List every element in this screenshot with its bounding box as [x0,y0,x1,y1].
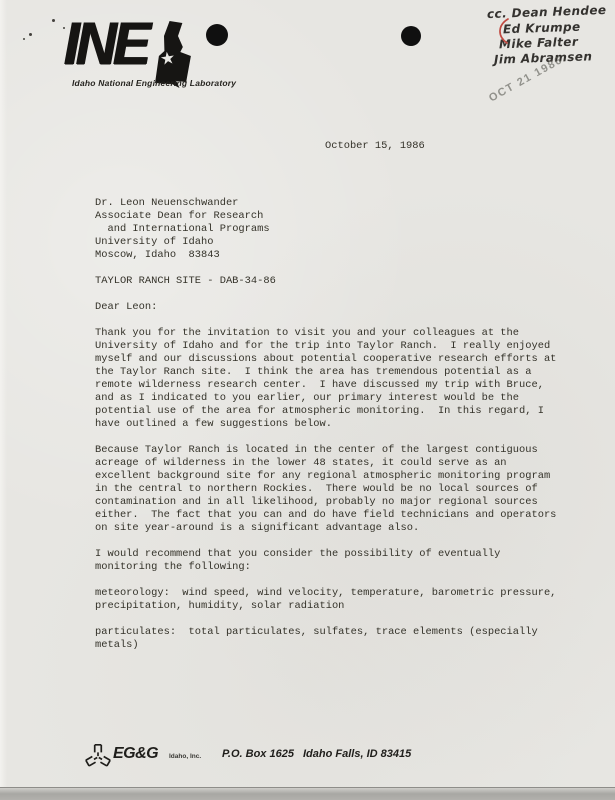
egg-company-icon [84,742,112,777]
footer-po-box: P.O. Box 1625 [222,748,294,760]
inel-logo-text: INE [64,12,147,76]
pen-dot [23,38,25,40]
subject-line: TAYLOR RANCH SITE - DAB-34-86 [95,275,573,288]
letter-body: Dr. Leon Neuenschwander Associate Dean f… [95,197,573,665]
company-name: EG&G [113,745,158,763]
pen-dot [29,33,32,36]
letter-date: October 15, 1986 [325,140,425,153]
pen-dot [52,19,55,22]
scan-edge [0,0,7,800]
paragraph: I would recommend that you consider the … [95,548,573,574]
star-icon: ★ [159,49,176,68]
letterhead-tagline: Idaho National Engineering Laboratory [72,78,236,88]
company-suffix: Idaho, Inc. [169,753,201,760]
salutation: Dear Leon: [95,301,573,314]
hole-punch [206,24,228,46]
cc-name: Ed Krumpe [503,20,581,37]
scan-edge-bottom [0,787,615,800]
scanned-letter-page: INE ★ Idaho National Engineering Laborat… [0,0,615,800]
cc-name: Mike Falter [499,35,579,52]
letter-footer: EG&G Idaho, Inc. P.O. Box 1625 Idaho Fal… [0,740,615,780]
paragraph: meteorology: wind speed, wind velocity, … [95,587,573,613]
hole-punch [401,26,421,46]
red-pen-mark [496,17,510,50]
paragraph: Thank you for the invitation to visit yo… [95,327,573,431]
recipient-address: Dr. Leon Neuenschwander Associate Dean f… [95,197,573,262]
footer-city: Idaho Falls, ID 83415 [303,748,411,760]
paragraph: Because Taylor Ranch is located in the c… [95,444,573,535]
paragraph: particulates: total particulates, sulfat… [95,626,573,652]
